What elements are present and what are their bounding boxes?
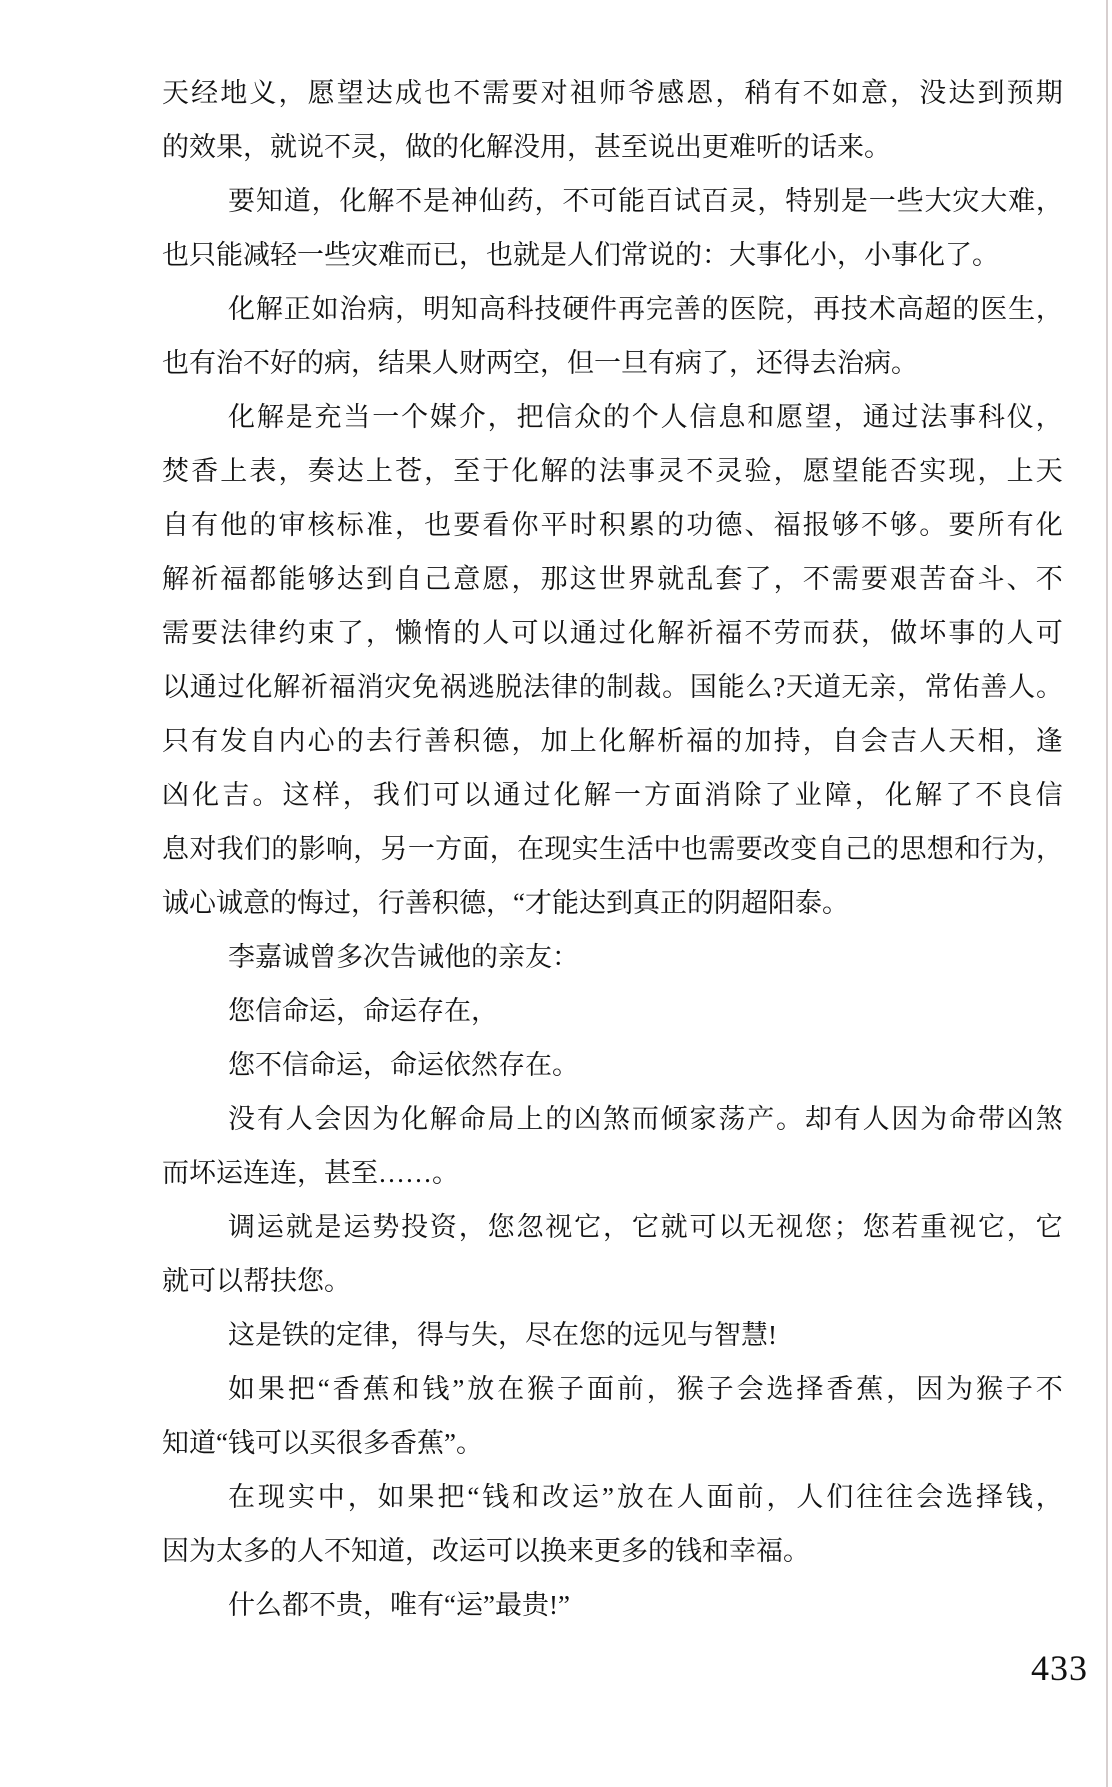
glyph: 命 [282, 984, 309, 1038]
glyph: 友 [525, 930, 552, 984]
glyph: 介 [459, 390, 486, 444]
glyph: 病 [864, 336, 891, 390]
glyph: 、 [1007, 552, 1034, 606]
glyph: 因 [343, 1092, 370, 1146]
glyph: 面 [674, 768, 701, 822]
glyph: 想 [927, 822, 954, 876]
glyph: 做 [890, 606, 917, 660]
glyph: 积 [432, 876, 459, 930]
glyph: 望 [337, 66, 364, 120]
glyph: 时 [570, 498, 597, 552]
glyph: ， [729, 336, 756, 390]
glyph: 人 [432, 336, 459, 390]
glyph: 一 [614, 768, 641, 822]
glyph: 病 [367, 282, 394, 336]
glyph: ” [602, 1470, 614, 1524]
text-line: 调运就是运势投资，您忽视它，它就可以无视您；您若重视它，它 [162, 1200, 1063, 1254]
glyph: 医 [980, 282, 1007, 336]
glyph: 平 [541, 498, 568, 552]
glyph: 灵 [657, 444, 684, 498]
glyph: 说 [297, 120, 324, 174]
page-number: 433 [1031, 1646, 1088, 1690]
glyph: 的 [579, 660, 606, 714]
glyph: 过 [324, 876, 351, 930]
glyph: 治 [339, 282, 366, 336]
glyph: ， [774, 444, 801, 498]
glyph: 解 [657, 606, 684, 660]
glyph: 需 [832, 552, 859, 606]
glyph: 和 [702, 1524, 729, 1578]
glyph: 次 [363, 930, 390, 984]
glyph: 改 [432, 1524, 459, 1578]
glyph: 命 [459, 1092, 486, 1146]
glyph: 以 [162, 660, 189, 714]
glyph: 才 [525, 876, 552, 930]
glyph: 人 [661, 390, 688, 444]
glyph: 运 [417, 1038, 444, 1092]
glyph: 在 [497, 1362, 524, 1416]
glyph: 所 [978, 498, 1005, 552]
glyph: 仪 [1007, 390, 1034, 444]
text-line: 就可以帮扶您。 [162, 1254, 1063, 1308]
glyph: 够 [308, 552, 335, 606]
glyph: 帮 [243, 1254, 270, 1308]
glyph: 运 [456, 1578, 483, 1632]
glyph: 家 [690, 1092, 717, 1146]
glyph: 。 [456, 1416, 483, 1470]
glyph: 标 [337, 498, 364, 552]
glyph: 能 [861, 444, 888, 498]
glyph: 大 [980, 174, 1007, 228]
glyph: ， [279, 66, 306, 120]
glyph: 人 [482, 606, 509, 660]
glyph: 人 [919, 714, 946, 768]
glyph: 的 [952, 282, 979, 336]
glyph: 这 [570, 552, 597, 606]
glyph: 定 [336, 1308, 363, 1362]
glyph: 一 [372, 390, 399, 444]
glyph: 裁 [634, 660, 661, 714]
glyph: 解 [256, 282, 283, 336]
glyph: 事 [949, 390, 976, 444]
glyph: 以 [282, 1416, 309, 1470]
glyph: ， [1036, 390, 1063, 444]
glyph: 难 [1008, 174, 1035, 228]
glyph: 还 [756, 336, 783, 390]
glyph: 到 [978, 66, 1005, 120]
glyph: 技 [841, 282, 868, 336]
glyph: 懒 [395, 606, 422, 660]
glyph: 子 [707, 1362, 734, 1416]
glyph: 些 [897, 174, 924, 228]
glyph: 持 [774, 714, 801, 768]
glyph: 神 [451, 174, 478, 228]
glyph: 。 [783, 1524, 810, 1578]
glyph: 望 [832, 444, 859, 498]
glyph: 这 [283, 768, 310, 822]
glyph: 也 [162, 228, 189, 282]
glyph: 您 [805, 1200, 832, 1254]
glyph: 您 [228, 1038, 255, 1092]
glyph: 们 [826, 1470, 853, 1524]
glyph: 诚 [162, 876, 189, 930]
glyph: 有 [834, 1092, 861, 1146]
glyph: 对 [541, 66, 568, 120]
glyph: 是 [255, 1308, 282, 1362]
glyph: 祸 [440, 660, 467, 714]
glyph: 。 [552, 1038, 579, 1092]
glyph: 为 [920, 1092, 947, 1146]
glyph: 在 [552, 1308, 579, 1362]
glyph: 他 [220, 498, 247, 552]
glyph: 正 [660, 876, 687, 930]
glyph: 己 [424, 552, 451, 606]
glyph: 蕉 [856, 1362, 883, 1416]
glyph: 知 [256, 174, 283, 228]
glyph: 可 [433, 768, 460, 822]
glyph: 果 [405, 336, 432, 390]
text-line: 只有发自内心的去行善积德，加上化解析福的加持，自会吉人天相，逢 [162, 714, 1063, 768]
glyph: 化 [885, 768, 912, 822]
text-line: 需要法律约束了，懒惰的人可以通过化解祈福不劳而获，做坏事的人可 [162, 606, 1063, 660]
text-line: 如果把“香蕉和钱”放在猴子面前，猴子会选择香蕉，因为猴子不 [162, 1362, 1063, 1416]
glyph: 信 [255, 984, 282, 1038]
glyph: 化 [628, 606, 655, 660]
glyph: 么 [745, 660, 772, 714]
glyph: 的 [687, 876, 714, 930]
glyph: 可 [189, 1254, 216, 1308]
glyph: 障 [825, 768, 852, 822]
glyph: ， [978, 444, 1005, 498]
glyph: 、 [745, 498, 772, 552]
glyph: 法 [523, 660, 550, 714]
glyph: 逃 [468, 660, 495, 714]
glyph: 响 [326, 822, 353, 876]
glyph: 势 [372, 1200, 399, 1254]
glyph: 界 [628, 552, 655, 606]
glyph: 常 [621, 228, 648, 282]
glyph: 福 [756, 1524, 783, 1578]
glyph: 奋 [948, 552, 975, 606]
glyph: 是 [423, 174, 450, 228]
glyph: 。 [252, 768, 279, 822]
glyph: 的 [297, 336, 324, 390]
glyph: 。 [776, 1092, 803, 1146]
glyph: 有 [774, 66, 801, 120]
glyph: 说 [648, 228, 675, 282]
glyph: 面 [587, 1362, 614, 1416]
glyph: 而 [803, 606, 830, 660]
glyph: ， [490, 822, 517, 876]
glyph: 意 [453, 552, 480, 606]
text-line: 这是铁的定律，得与失，尽在您的远见与智慧! [162, 1308, 1063, 1362]
glyph: 惰 [424, 606, 451, 660]
glyph: 换 [540, 1524, 567, 1578]
glyph: 有 [191, 498, 218, 552]
glyph: 如 [832, 66, 859, 120]
glyph: 超 [924, 282, 951, 336]
glyph: 蕉 [363, 1362, 390, 1416]
glyph: ， [534, 174, 561, 228]
text-line: 诚心诚意的悔过，行善积德，“才能达到真正的阴超阳泰。 [162, 876, 1063, 930]
glyph: 运 [459, 1524, 486, 1578]
glyph: 与 [444, 1308, 471, 1362]
text-line: 焚香上表，奏达上苍，至于化解的法事灵不灵验，愿望能否实现，上天 [162, 444, 1063, 498]
glyph: 看 [482, 498, 509, 552]
text-line: 没有人会因为化解命局上的凶煞而倾家荡产。却有人因为命带凶煞 [162, 1092, 1063, 1146]
glyph: 。 [972, 228, 999, 282]
glyph: 凶 [574, 1092, 601, 1146]
glyph: ， [297, 1146, 324, 1200]
glyph: 约 [279, 606, 306, 660]
glyph: 审 [279, 498, 306, 552]
glyph: 功 [686, 498, 713, 552]
glyph: 有 [648, 336, 675, 390]
text-line: 而坏运连连，甚至……。 [162, 1146, 1063, 1200]
glyph: 斗 [978, 552, 1005, 606]
glyph: 实 [572, 822, 599, 876]
glyph: 来 [837, 120, 864, 174]
glyph: ， [279, 444, 306, 498]
glyph: ， [395, 282, 422, 336]
glyph: ： [702, 228, 729, 282]
glyph: 化 [783, 228, 810, 282]
glyph: 化 [245, 660, 272, 714]
glyph: 律 [363, 1308, 390, 1362]
glyph: 。 [1036, 660, 1063, 714]
glyph: 慧 [741, 1308, 768, 1362]
glyph: 但 [567, 336, 594, 390]
glyph: 至 [453, 444, 480, 498]
glyph: 那 [541, 552, 568, 606]
glyph: 它 [632, 1200, 659, 1254]
glyph: 的 [432, 120, 459, 174]
glyph: 运 [336, 1038, 363, 1092]
glyph: 一 [297, 228, 324, 282]
glyph: 对 [189, 822, 216, 876]
glyph: 的 [657, 498, 684, 552]
glyph: ， [834, 390, 861, 444]
glyph: 果 [258, 1362, 285, 1416]
glyph: 很 [336, 1416, 363, 1470]
glyph: 选 [946, 1470, 973, 1524]
glyph: 准 [366, 498, 393, 552]
glyph: 他 [444, 930, 471, 984]
glyph: 解 [257, 390, 284, 444]
glyph: 运 [309, 984, 336, 1038]
glyph: 劳 [774, 606, 801, 660]
text-line: 的效果，就说不灵，做的化解没用，甚至说出更难听的话来。 [162, 120, 1063, 174]
glyph: 行 [395, 714, 422, 768]
glyph: 地 [220, 66, 247, 120]
text-line: 要知道，化解不是神仙药，不可能百试百灵，特别是一些大灾大难， [162, 174, 1063, 228]
glyph: 人 [1007, 606, 1034, 660]
glyph: 智 [714, 1308, 741, 1362]
glyph: 过 [218, 660, 245, 714]
glyph: “ [467, 1470, 479, 1524]
glyph: 善 [405, 876, 432, 930]
glyph: 就 [286, 1200, 313, 1254]
glyph: 远 [633, 1308, 660, 1362]
glyph: 完 [646, 282, 673, 336]
glyph: 把 [437, 1470, 464, 1524]
glyph: 也 [486, 228, 513, 282]
glyph: 要 [512, 66, 539, 120]
glyph: 更 [702, 120, 729, 174]
glyph: 您 [579, 1308, 606, 1362]
glyph: 心 [308, 714, 335, 768]
glyph: 它 [1036, 1200, 1063, 1254]
glyph: ， [897, 660, 924, 714]
glyph: 连 [243, 1146, 270, 1200]
glyph: 脱 [495, 660, 522, 714]
page-edge-rule [1106, 0, 1108, 1787]
glyph: ， [774, 552, 801, 606]
glyph: 不 [1036, 1362, 1063, 1416]
glyph: 贵 [336, 1578, 363, 1632]
glyph: 方 [435, 822, 462, 876]
glyph: 信 [282, 1038, 309, 1092]
glyph: 了 [745, 552, 772, 606]
text-line: 因为太多的人不知道，改运可以换来更多的钱和幸福。 [162, 1524, 1063, 1578]
glyph: 上 [366, 444, 393, 498]
glyph: 会 [916, 1470, 943, 1524]
glyph: 凶 [1007, 1092, 1034, 1146]
glyph: 以 [718, 1200, 745, 1254]
glyph: ， [348, 1470, 375, 1524]
glyph: 命 [309, 1038, 336, 1092]
glyph: ， [243, 120, 270, 174]
glyph: 个 [401, 390, 428, 444]
glyph: 的 [271, 822, 298, 876]
text-line: 什么都不贵，唯有“运”最贵!” [162, 1578, 1063, 1632]
glyph: 个 [632, 390, 659, 444]
glyph: 祈 [301, 660, 328, 714]
glyph: 过 [524, 768, 551, 822]
glyph: ， [512, 552, 539, 606]
glyph: 无 [842, 660, 869, 714]
glyph: ， [1007, 1200, 1034, 1254]
glyph: ， [603, 1200, 630, 1254]
glyph: 事 [628, 444, 655, 498]
glyph: 积 [599, 498, 626, 552]
glyph: 在 [444, 984, 471, 1038]
glyph: 实 [919, 444, 946, 498]
glyph: 坏 [189, 1146, 216, 1200]
glyph: 运 [216, 1146, 243, 1200]
glyph: 李 [228, 930, 255, 984]
glyph: 当 [343, 390, 370, 444]
glyph: 就 [162, 1254, 189, 1308]
glyph: 来 [567, 1524, 594, 1578]
glyph: 不 [395, 174, 422, 228]
glyph: ， [336, 984, 363, 1038]
glyph: 艰 [890, 552, 917, 606]
glyph: 空 [513, 336, 540, 390]
glyph: 不 [255, 1038, 282, 1092]
glyph: 资 [430, 1200, 457, 1254]
glyph: 运 [572, 1470, 599, 1524]
glyph: 硬 [562, 282, 589, 336]
glyph: 出 [675, 120, 702, 174]
glyph: 自 [818, 822, 845, 876]
glyph: 一 [408, 822, 435, 876]
glyph: 法 [599, 444, 626, 498]
glyph: 了 [337, 606, 364, 660]
glyph: 解 [915, 768, 942, 822]
glyph: 己 [845, 822, 872, 876]
glyph: 改 [763, 822, 790, 876]
glyph: 存 [417, 984, 444, 1038]
glyph: 。 [432, 1146, 459, 1200]
glyph: 带 [978, 1092, 1005, 1146]
glyph: 在 [228, 1470, 255, 1524]
glyph: 香 [333, 1362, 360, 1416]
text-line: 化解正如治病，明知高科技硬件再完善的医院，再技术高超的医生， [162, 282, 1063, 336]
glyph: “ [318, 1362, 330, 1416]
glyph: 一 [869, 174, 896, 228]
glyph: 是 [540, 228, 567, 282]
glyph: 信 [545, 390, 572, 444]
glyph: 得 [783, 336, 810, 390]
glyph: 愿 [776, 390, 803, 444]
glyph: 上 [516, 1092, 543, 1146]
glyph: 信 [690, 390, 717, 444]
glyph: 师 [599, 66, 626, 120]
glyph: 解 [162, 552, 189, 606]
glyph: 知 [351, 1524, 378, 1578]
glyph: 不 [324, 120, 351, 174]
glyph: ， [855, 768, 882, 822]
glyph: 大 [729, 228, 756, 282]
glyph: 治 [216, 336, 243, 390]
text-line: 天经地义，愿望达成也不需要对祖师爷感恩，稍有不如意，没达到预期 [162, 66, 1063, 120]
glyph: 病 [324, 336, 351, 390]
glyph: 国 [690, 660, 717, 714]
glyph: ， [366, 606, 393, 660]
glyph: 变 [790, 822, 817, 876]
book-page: 天经地义，愿望达成也不需要对祖师爷感恩，稍有不如意，没达到预期的效果，就说不灵，… [0, 0, 1112, 1787]
glyph: 消 [704, 768, 731, 822]
glyph: 往 [886, 1470, 913, 1524]
glyph: ， [890, 66, 917, 120]
glyph: 我 [217, 822, 244, 876]
glyph: 泰 [795, 876, 822, 930]
glyph: 子 [557, 1362, 584, 1416]
glyph: 的 [471, 930, 498, 984]
glyph: 灵 [729, 174, 756, 228]
glyph: ， [459, 1200, 486, 1254]
glyph: 多 [621, 1524, 648, 1578]
glyph: 息 [162, 822, 189, 876]
glyph: ， [351, 336, 378, 390]
glyph: 心 [189, 876, 216, 930]
glyph: 过 [891, 390, 918, 444]
glyph: 唯 [390, 1578, 417, 1632]
glyph: 大 [924, 174, 951, 228]
glyph: 样 [313, 768, 340, 822]
glyph: 因 [162, 1524, 189, 1578]
glyph: 香 [191, 444, 218, 498]
glyph: ： [552, 930, 579, 984]
glyph: 依 [444, 1038, 471, 1092]
glyph: 析 [657, 714, 684, 768]
glyph: 佑 [953, 660, 980, 714]
glyph: 甚 [324, 1146, 351, 1200]
glyph: 愿 [308, 66, 335, 120]
glyph: 解 [584, 768, 611, 822]
glyph: 律 [551, 660, 578, 714]
